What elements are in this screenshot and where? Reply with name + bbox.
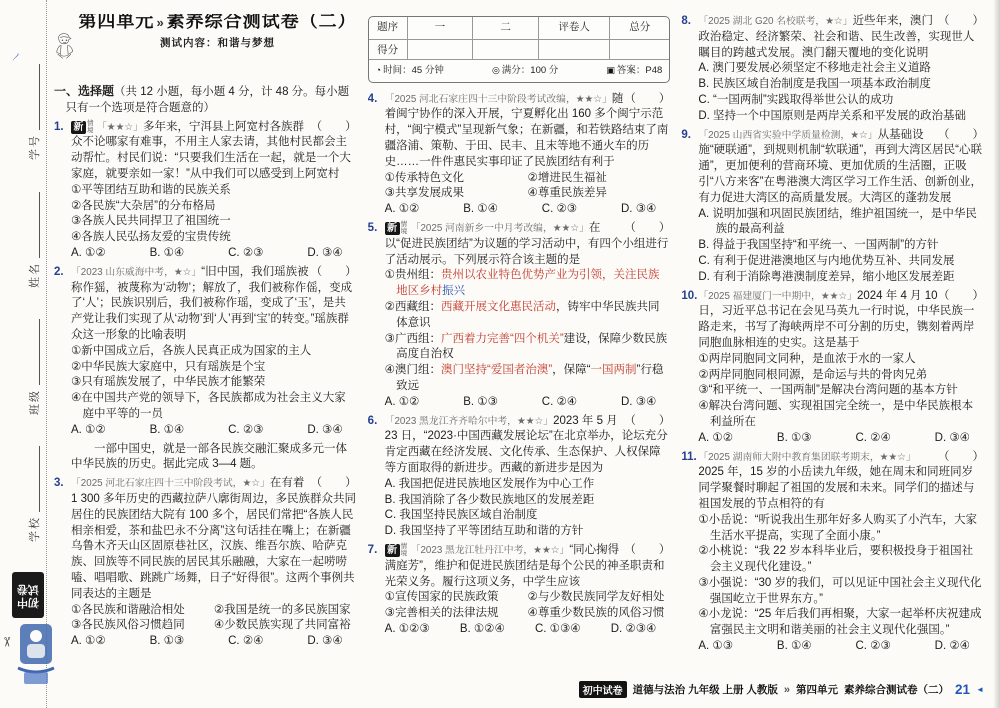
- answer-choice: B. ①④: [150, 246, 185, 262]
- question-10: 10.「2025 福建厦门一中期中，★★☆」（ ）2024 年 4 月 10 日…: [681, 289, 984, 447]
- question-body: 「2025 湖南师大附中教育集团联考期末，★★☆」（ ）2025 年，15 岁的…: [698, 450, 984, 513]
- answer-choice: D. ③④: [621, 202, 656, 218]
- question-number: 3.: [54, 476, 64, 492]
- answer-choice: C. 有利于促进港澳地区与内地优势互补、共同发展: [698, 254, 984, 270]
- option-item: ②各民族“大杂居”的分布格局: [71, 199, 357, 215]
- answer-choice: B. ①②④: [460, 622, 505, 638]
- unit-title: 第四单元: [78, 14, 154, 31]
- score-cell-empty: [610, 40, 669, 59]
- answer-choice: D. ③④: [307, 634, 342, 650]
- answer-choice: C. “一国两制”实践取得举世公认的成功: [698, 93, 984, 109]
- new-context-badge: 新: [385, 544, 400, 557]
- question-2: 2.「2023 山东威海中考，★☆」（ ）“旧中国，我们瑶族被称作猺，被蔑称为‘…: [54, 265, 357, 439]
- option-text: ③只有瑶族发展了，中华民族才能繁荣: [71, 376, 265, 388]
- answer-choice: C. ②③: [228, 246, 263, 262]
- option-text: 振兴: [442, 285, 465, 297]
- answer-choice: A. 澳门要发展必须坚定不移地走社会主义道路: [698, 61, 984, 77]
- option-row: ④小龙说：“25 年后我们再相聚，大家一起举杯庆祝建成富强民主文明和谐美丽的社会…: [698, 607, 984, 639]
- answer-choice: C. ②④: [542, 395, 577, 411]
- option-row: ③共享发展成果④尊重民族差异: [385, 186, 671, 202]
- scan-page-edge: [993, 0, 1000, 708]
- option-item: ②与少数民族同学友好相处: [528, 590, 671, 606]
- question-body: 「2025 山西省实验中学质量检测，★☆」（ ）从基础设施“硬联通”，到规则机制…: [698, 128, 984, 207]
- option-text: ①小岳说：“听说我出生那年好多人购买了小汽车，大家生活水平提高，实现了全面小康。…: [698, 514, 977, 542]
- option-row: ②两岸同胞同根同源，是命运与共的骨肉兄弟: [698, 368, 984, 384]
- question-source-tag: 「2025 河北石家庄四十三中阶段考试，★☆」: [71, 478, 270, 489]
- option-text: ①两岸同胞同文同种，是血浓于水的一家人: [698, 353, 915, 365]
- option-item: ③各族人民共同捍卫了祖国统一: [71, 214, 357, 230]
- option-item: ③“和平统一、一国两制”是解决台湾问题的基本方针: [698, 383, 984, 399]
- school-field: 学校: [26, 446, 42, 542]
- option-text: ④尊重少数民族的风俗习惯: [528, 607, 665, 619]
- answer-choices-row: A. ①②B. ①④C. ②③D. ③④: [71, 246, 357, 262]
- book-info: 道德与法治 九年级 上册 人教版: [633, 682, 778, 697]
- option-row: ①贵州组：贵州以农业特色优势产业为引领，关注民族地区乡村振兴: [385, 268, 671, 300]
- answer-bracket: （ ）: [938, 289, 984, 305]
- option-text: ④尊重民族差异: [528, 187, 607, 199]
- option-text: ，保障“: [552, 364, 590, 376]
- option-row: ④在中国共产党的领导下，各民族都成为社会主义大家庭中平等的一员: [71, 391, 357, 423]
- option-text: ②中华民族大家庭中，只有瑶族是个宝: [71, 361, 265, 373]
- answer-choice: C. ①③④: [535, 622, 581, 638]
- question-6: 6.「2023 黑龙江齐齐哈尔中考，★★☆」（ ）2023 年 5 月 23 日…: [368, 414, 671, 540]
- answer-bracket: （ ）: [624, 543, 670, 559]
- question-source-tag: 「2025 河北石家庄四十三中阶段考试改编，★★☆」: [385, 94, 612, 105]
- footer-separator: »: [784, 684, 790, 696]
- option-item: ④解决台湾问题、实现祖国完全统一，是中华民族根本利益所在: [698, 399, 984, 431]
- option-text: ④各族人民弘扬友爱的宝贵传统: [71, 231, 231, 243]
- question-number: 8.: [681, 14, 691, 30]
- answer-page-icon: ▣: [606, 63, 615, 79]
- footer-paper-name: 素养综合测试卷（二）: [844, 682, 949, 697]
- time-limit: 时间：45 分钟: [383, 63, 444, 79]
- new-context-badge-subtext: 情境: [401, 221, 409, 235]
- paper-header: 第四单元»素养综合测试卷（二） 测试内容：和谐与梦想: [54, 14, 357, 78]
- content-area: 第四单元»素养综合测试卷（二） 测试内容：和谐与梦想 一、选择题（共 12 小题…: [54, 14, 984, 678]
- question-4: 4.「2025 河北石家庄四十三中阶段考试改编，★★☆」（ ）随着闽宁协作的深入…: [368, 92, 671, 218]
- option-text: 广西着力完善“四个机关”: [441, 333, 564, 345]
- answer-bracket: （ ）: [311, 265, 357, 281]
- answer-choice: D. ②③④: [611, 622, 657, 638]
- option-item: ①各民族和谐融洽相处: [71, 603, 214, 619]
- score-table: 题序 一 二 评卷人 总分 得分 ◔时间：45 分钟 ◎满分：100 分 ▣答案: [368, 16, 671, 83]
- answer-bracket: （ ）: [938, 14, 984, 30]
- option-row: ④澳门组：澳门坚持“爱国者治澳”，保障“一国两制”行稳致远: [385, 363, 671, 395]
- option-row: ③“和平统一、一国两制”是解决台湾问题的基本方针: [698, 383, 984, 399]
- option-text: ②小桃说：“我 22 岁本科毕业后，要积极投身于祖国社会主义现代化建设。”: [698, 545, 973, 573]
- answer-choices-row: A. ①②③B. ①②④C. ①③④D. ②③④: [385, 622, 671, 638]
- answer-choice: B. ①③: [150, 634, 185, 650]
- option-item: ②增进民生福祉: [528, 171, 671, 187]
- full-score: 满分：100 分: [502, 63, 559, 79]
- option-text: ③广西组：: [385, 333, 441, 345]
- question-source-tag: 「★★☆」: [97, 122, 143, 133]
- option-text: ③完善相关的法律法规: [385, 607, 499, 619]
- option-item: ①平等团结互助和谐的民族关系: [71, 183, 357, 199]
- answer-choice: D. ③④: [621, 395, 656, 411]
- time-icon: ◔: [376, 63, 381, 79]
- option-text: ②与少数民族同学友好相处: [528, 591, 665, 603]
- option-row: ①新中国成立后，各族人民真正成为国家的主人: [71, 344, 357, 360]
- page-arrow-icon: ◄: [976, 685, 984, 694]
- answer-choice: A. 说明加强和巩固民族团结，维护祖国统一，是中华民族的最高利益: [698, 207, 984, 239]
- answer-choice: D. ③④: [307, 246, 342, 262]
- option-item: ②两岸同胞同根同源，是命运与共的骨肉兄弟: [698, 368, 984, 384]
- question-body: 新情境「2025 河南新乡一中月考改编，★★☆」（ ）在以“促进民族团结”为议题…: [385, 221, 671, 268]
- question-text: 2025 年，15 岁的小岳读九年级，她在周末和同班同岁同学聚餐时聊起了祖国的发…: [698, 466, 974, 510]
- answer-bracket: （ ）: [624, 92, 670, 108]
- question-source-tag: 「2025 湖南师大附中教育集团联考期末，★★☆」: [698, 452, 915, 463]
- passage-note: 一部中国史，就是一部各民族交融汇聚成多元一体中华民族的历史。据此完成 3—4 题…: [71, 442, 357, 474]
- question-number: 10.: [681, 289, 697, 305]
- answer-bracket: （ ）: [624, 221, 670, 237]
- binding-sidebar: 〳 学号 姓名 班级 学校 初中试卷 ✂: [0, 0, 47, 708]
- answer-choice: A. ①②: [385, 395, 420, 411]
- option-item: ④小龙说：“25 年后我们再相聚，大家一起举杯庆祝建成富强民主文明和谐美丽的社会…: [698, 607, 984, 639]
- blank-line: [29, 192, 40, 258]
- answer-bracket: （ ）: [311, 120, 357, 136]
- footer-unit: 第四单元: [796, 682, 838, 697]
- option-item: ④在中国共产党的领导下，各民族都成为社会主义大家庭中平等的一员: [71, 391, 357, 423]
- question-number: 2.: [54, 265, 64, 281]
- question-source-tag: 「2025 湖北 G20 名校联考，★☆」: [698, 16, 852, 27]
- title-separator: »: [154, 15, 166, 30]
- option-item: ②中华民族大家庭中，只有瑶族是个宝: [71, 360, 357, 376]
- answer-choice: B. 得益于我国坚持“和平统一、一国两制”的方针: [698, 238, 984, 254]
- option-text: ①平等团结互助和谐的民族关系: [71, 184, 231, 196]
- new-context-badge: 新: [71, 121, 86, 134]
- answer-choices-row: A. ①②B. ①③C. ②④D. ③④: [71, 634, 357, 650]
- answer-bracket: （ ）: [624, 414, 670, 430]
- question-source-tag: 「2023 黑龙江齐齐哈尔中考，★★☆」: [385, 416, 553, 427]
- option-item: ④各族人民弘扬友爱的宝贵传统: [71, 230, 357, 246]
- option-item: ③广西组：广西着力完善“四个机关”建设，保障少数民族高度自治权: [385, 332, 671, 364]
- answer-choice: B. 我国消除了各少数民族地区的发展差距: [385, 493, 671, 509]
- option-row: ①两岸同胞同文同种，是血浓于水的一家人: [698, 352, 984, 368]
- question-number: 9.: [681, 128, 691, 144]
- option-item: ②我国是统一的多民族国家: [214, 603, 357, 619]
- student-name-field: 姓名: [26, 192, 42, 288]
- answer-choice: A. ①②: [698, 431, 733, 447]
- scissors-icon: ✂: [0, 637, 14, 648]
- option-item: ②西藏组：西藏开展文化惠民活动，铸牢中华民族共同体意识: [385, 300, 671, 332]
- score-cell-empty: [408, 40, 474, 59]
- question-source-tag: 「2025 福建厦门一中期中，★★☆」: [698, 291, 857, 302]
- new-context-badge: 新: [385, 222, 400, 235]
- question-body: 新情境「★★☆」（ ）多年来，宁洱县上阿宽村各族群众不论哪家有难事，不用主人家去…: [71, 120, 357, 183]
- answer-choices-row: A. ①②B. ①④C. ②③D. ③④: [71, 423, 357, 439]
- option-row: ①宣传国家的民族政策②与少数民族同学友好相处: [385, 590, 671, 606]
- question-source-tag: 「2023 山东威海中考，★☆」: [71, 267, 201, 278]
- question-body: 「2025 福建厦门一中期中，★★☆」（ ）2024 年 4 月 10 日，习近…: [698, 289, 984, 352]
- answer-choice: C. ②④: [855, 431, 890, 447]
- answer-choice: B. ①③: [463, 395, 498, 411]
- option-row: ③小强说：“30 岁的我们，可以见证中国社会主义现代化强国屹立于世界东方。”: [698, 576, 984, 608]
- answer-choice: B. 民族区域自治制度是我国一项基本政治制度: [698, 77, 984, 93]
- option-text: ②两岸同胞同根同源，是命运与共的骨肉兄弟: [698, 369, 927, 381]
- answer-choice: C. ②④: [228, 634, 263, 650]
- option-text: ③各族人民共同捍卫了祖国统一: [71, 215, 231, 227]
- option-text: ④在中国共产党的领导下，各民族都成为社会主义大家庭中平等的一员: [71, 392, 346, 420]
- question-8: 8.「2025 湖北 G20 名校联考，★☆」（ ）近些年来，澳门政治稳定、经济…: [681, 14, 984, 125]
- option-text: ①传承特色文化: [385, 172, 464, 184]
- question-11: 11.「2025 湖南师大附中教育集团联考期末，★★☆」（ ）2025 年，15…: [681, 450, 984, 655]
- option-row: ③各族人民共同捍卫了祖国统一: [71, 214, 357, 230]
- score-cell-empty: [473, 40, 539, 59]
- answer-choice: A. ①②: [71, 246, 106, 262]
- answer-bracket: （ ）: [938, 450, 984, 466]
- option-row: ②西藏组：西藏开展文化惠民活动，铸牢中华民族共同体意识: [385, 300, 671, 332]
- option-text: 一国两制: [591, 364, 637, 376]
- series-badge-vertical: 初中试卷: [12, 572, 44, 618]
- option-text: ③小强说：“30 岁的我们，可以见证中国社会主义现代化强国屹立于世界东方。”: [698, 577, 981, 605]
- option-row: ④解决台湾问题、实现祖国完全统一，是中华民族根本利益所在: [698, 399, 984, 431]
- question-source-tag: 「2025 河南新乡一中月考改编，★★☆」: [411, 223, 589, 234]
- option-text: ③共享发展成果: [385, 187, 464, 199]
- question-number: 1.: [54, 120, 64, 136]
- question-3: 3.「2025 河北石家庄四十三中阶段考试，★☆」（ ）在有着 1 300 多年…: [54, 476, 357, 650]
- option-item: ③只有瑶族发展了，中华民族才能繁荣: [71, 375, 357, 391]
- option-item: ③共享发展成果: [385, 186, 528, 202]
- blank-line: [29, 64, 40, 130]
- answer-choice: C. ②③: [542, 202, 577, 218]
- option-row: ③只有瑶族发展了，中华民族才能繁荣: [71, 375, 357, 391]
- option-text: ①各民族和谐融洽相处: [71, 604, 185, 616]
- option-row: ①各民族和谐融洽相处②我国是统一的多民族国家: [71, 603, 357, 619]
- option-text: ④澳门组：: [385, 364, 441, 376]
- answer-choice: D. 我国坚持了平等团结互助和谐的方针: [385, 524, 671, 540]
- pen-mark: 〳: [11, 49, 23, 64]
- answer-choice: D. ③④: [307, 423, 342, 439]
- option-item: ③各民族风俗习惯趋同: [71, 618, 214, 634]
- question-7: 7.新情境「2023 黑龙江牡丹江中考，★★☆」（ ）“同心掬得满庭芳”，维护和…: [368, 543, 671, 638]
- paper-title: 素养综合测试卷（二）: [167, 14, 357, 31]
- option-item: ③小强说：“30 岁的我们，可以见证中国社会主义现代化强国屹立于世界东方。”: [698, 576, 984, 608]
- question-source-tag: 「2025 山西省实验中学质量检测，★☆」: [698, 130, 877, 141]
- answer-choice: B. ①④: [150, 423, 185, 439]
- question-9: 9.「2025 山西省实验中学质量检测，★☆」（ ）从基础设施“硬联通”，到规则…: [681, 128, 984, 286]
- question-body: 「2025 湖北 G20 名校联考，★☆」（ ）近些年来，澳门政治稳定、经济繁荣…: [698, 14, 984, 61]
- option-text: 西藏开展文化惠民活动: [441, 301, 556, 313]
- page-footer: 初中试卷 道德与法治 九年级 上册 人教版 » 第四单元 素养综合测试卷（二） …: [579, 681, 984, 698]
- answer-choices-row: A. ①②B. ①④C. ②③D. ③④: [385, 202, 671, 218]
- answer-bracket: （ ）: [311, 476, 357, 492]
- mascot-student-illustration: [54, 14, 74, 78]
- answer-choice: C. 我国坚持民族区域自治制度: [385, 508, 671, 524]
- option-item: ④少数民族实现了共同富裕: [214, 618, 357, 634]
- answer-choice: B. ①④: [777, 639, 812, 655]
- question-5: 5.新情境「2025 河南新乡一中月考改编，★★☆」（ ）在以“促进民族团结”为…: [368, 221, 671, 411]
- answer-choice: A. ①②: [385, 202, 420, 218]
- exam-paper-page: 〳 学号 姓名 班级 学校 初中试卷 ✂: [0, 0, 1000, 708]
- column-left: 第四单元»素养综合测试卷（二） 测试内容：和谐与梦想 一、选择题（共 12 小题…: [54, 14, 357, 678]
- option-text: ②我国是统一的多民族国家: [214, 604, 351, 616]
- question-number: 6.: [368, 414, 378, 430]
- page-number: 21: [955, 682, 970, 697]
- answer-choice: D. ③④: [935, 431, 970, 447]
- answer-choice: A. 我国把促进民族地区发展作为中心工作: [385, 477, 671, 493]
- option-text: ①新中国成立后，各族人民真正成为国家的主人: [71, 345, 311, 357]
- answer-choice: A. ①②: [71, 423, 106, 439]
- section-heading: 一、选择题（共 12 小题，每小题 4 分，计 48 分。每小题只有一个选项是符…: [54, 84, 357, 117]
- option-text: ②各民族“大杂居”的分布格局: [71, 200, 215, 212]
- answer-choice: B. ①③: [777, 431, 812, 447]
- column-middle: 题序 一 二 评卷人 总分 得分 ◔时间：45 分钟 ◎满分：100 分 ▣答案: [368, 14, 671, 678]
- new-context-badge-subtext: 情境: [87, 120, 95, 134]
- option-item: ②小桃说：“我 22 岁本科毕业后，要积极投身于祖国社会主义现代化建设。”: [698, 544, 984, 576]
- blank-line: [29, 319, 40, 385]
- answer-choice: B. ①④: [463, 202, 498, 218]
- option-item: ④尊重少数民族的风俗习惯: [528, 606, 671, 622]
- option-text: ④小龙说：“25 年后我们再相聚，大家一起举杯庆祝建成富强民主文明和谐美丽的社会…: [698, 608, 981, 636]
- question-number: 4.: [368, 92, 378, 108]
- answer-bracket: （ ）: [938, 128, 984, 144]
- option-text: ③各民族风俗习惯趋同: [71, 619, 185, 631]
- question-source-tag: 「2023 黑龙江牡丹江中考，★★☆」: [411, 545, 570, 556]
- option-row: ③各民族风俗习惯趋同④少数民族实现了共同富裕: [71, 618, 357, 634]
- option-text: ②西藏组：: [385, 301, 441, 313]
- option-row: ③广西组：广西着力完善“四个机关”建设，保障少数民族高度自治权: [385, 332, 671, 364]
- option-row: ③完善相关的法律法规④尊重少数民族的风俗习惯: [385, 606, 671, 622]
- question-number: 11.: [681, 450, 696, 466]
- test-scope-subtitle: 测试内容：和谐与梦想: [78, 36, 356, 52]
- answer-page: 答案：P48: [617, 63, 662, 79]
- option-row: ②中华民族大家庭中，只有瑶族是个宝: [71, 360, 357, 376]
- question-body: 新情境「2023 黑龙江牡丹江中考，★★☆」（ ）“同心掬得满庭芳”，维护和促进…: [385, 543, 671, 590]
- option-item: ①传承特色文化: [385, 171, 528, 187]
- option-row: ①小岳说：“听说我出生那年好多人购买了小汽车，大家生活水平提高，实现了全面小康。…: [698, 513, 984, 545]
- question-body: 「2025 河北石家庄四十三中阶段考试，★☆」（ ）在有着 1 300 多年历史…: [71, 476, 357, 602]
- option-text: 澳门坚持“爱国者治澳”: [441, 364, 552, 376]
- student-number-field: 学号: [26, 64, 42, 160]
- score-cell-empty: [539, 40, 610, 59]
- new-context-badge-subtext: 情境: [401, 543, 409, 557]
- column-right: 8.「2025 湖北 G20 名校联考，★☆」（ ）近些年来，澳门政治稳定、经济…: [681, 14, 984, 678]
- answer-choice: D. 坚持一个中国原则是两岸关系和平发展的政治基础: [698, 109, 984, 125]
- question-number: 5.: [368, 221, 378, 237]
- answer-choice: A. ①②: [71, 634, 106, 650]
- question-body: 「2023 黑龙江齐齐哈尔中考，★★☆」（ ）2023 年 5 月 23 日，“…: [385, 414, 671, 477]
- question-body: 「2025 河北石家庄四十三中阶段考试改编，★★☆」（ ）随着闽宁协作的深入开展…: [385, 92, 671, 171]
- full-score-icon: ◎: [492, 63, 500, 79]
- answer-choice: C. ②③: [855, 639, 890, 655]
- option-text: ②增进民生福祉: [528, 172, 607, 184]
- option-item: ①新中国成立后，各族人民真正成为国家的主人: [71, 344, 357, 360]
- option-item: ①两岸同胞同文同种，是血浓于水的一家人: [698, 352, 984, 368]
- option-text: ③“和平统一、一国两制”是解决台湾问题的基本方针: [698, 384, 957, 396]
- answer-choice: A. ①③: [698, 639, 733, 655]
- answer-choice: D. ②④: [935, 639, 970, 655]
- option-item: ①宣传国家的民族政策: [385, 590, 528, 606]
- answer-choices-row: A. ①②B. ①③C. ②④D. ③④: [385, 395, 671, 411]
- option-item: ①贵州组：贵州以农业特色优势产业为引领，关注民族地区乡村振兴: [385, 268, 671, 300]
- option-row: ②小桃说：“我 22 岁本科毕业后，要积极投身于祖国社会主义现代化建设。”: [698, 544, 984, 576]
- answer-choice: C. ②③: [228, 423, 263, 439]
- option-item: ④澳门组：澳门坚持“爱国者治澳”，保障“一国两制”行稳致远: [385, 363, 671, 395]
- option-row: ④各族人民弘扬友爱的宝贵传统: [71, 230, 357, 246]
- blank-line: [29, 446, 40, 512]
- option-text: ①宣传国家的民族政策: [385, 591, 499, 603]
- option-row: ①平等团结互助和谐的民族关系: [71, 183, 357, 199]
- class-field: 班级: [26, 319, 42, 415]
- option-row: ②各民族“大杂居”的分布格局: [71, 199, 357, 215]
- series-badge: 初中试卷: [579, 681, 627, 698]
- answer-choice: A. ①②③: [385, 622, 430, 638]
- option-item: ①小岳说：“听说我出生那年好多人购买了小汽车，大家生活水平提高，实现了全面小康。…: [698, 513, 984, 545]
- question-text: 在有着 1 300 多年历史的西藏拉萨八廓街周边，多民族群众共同居住的民族团结大…: [71, 477, 356, 600]
- answer-choices-row: A. ①②B. ①③C. ②④D. ③④: [698, 431, 984, 447]
- option-item: ③完善相关的法律法规: [385, 606, 528, 622]
- answer-choice: D. 有利于消除粤港澳制度差异，缩小地区发展差距: [698, 270, 984, 286]
- question-body: 「2023 山东威海中考，★☆」（ ）“旧中国，我们瑶族被称作猺，被蔑称为‘动物…: [71, 265, 357, 344]
- option-text: ④少数民族实现了共同富裕: [214, 619, 351, 631]
- question-1: 1.新情境「★★☆」（ ）多年来，宁洱县上阿宽村各族群众不论哪家有难事，不用主人…: [54, 120, 357, 262]
- question-number: 7.: [368, 543, 378, 559]
- option-item: ④尊重民族差异: [528, 186, 671, 202]
- answer-choices-row: A. ①③B. ①④C. ②③D. ②④: [698, 639, 984, 655]
- option-text: ④解决台湾问题、实现祖国完全统一，是中华民族根本利益所在: [698, 400, 973, 428]
- option-row: ①传承特色文化②增进民生福祉: [385, 171, 671, 187]
- publisher-logo-stamp: [14, 622, 56, 693]
- option-text: ①贵州组：: [385, 269, 441, 281]
